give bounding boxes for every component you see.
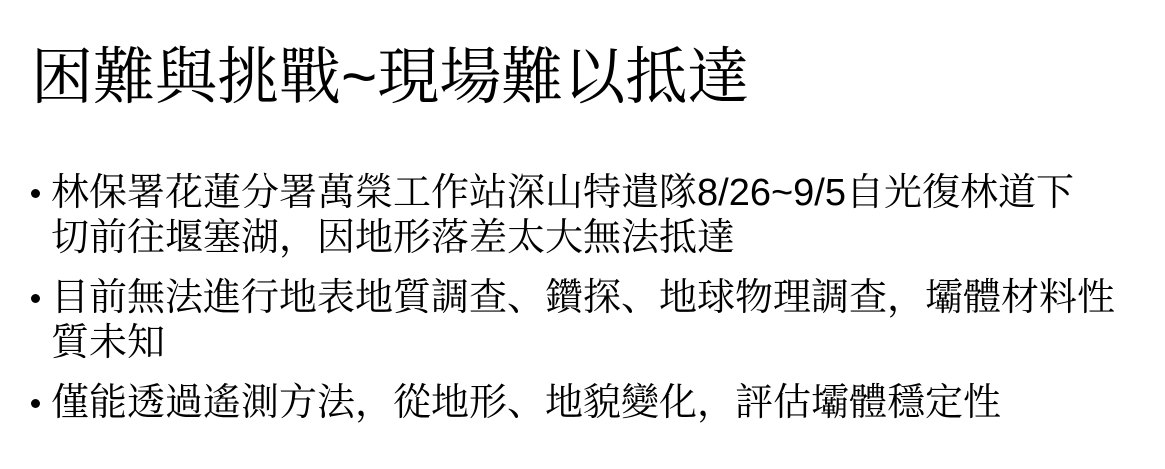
bullet-text: 目前無法進行地表地質調查、鑽探、地球物理調查，壩體材料性 質未知 <box>51 276 1136 366</box>
bullet-icon <box>31 294 40 303</box>
slide-title: 困難與挑戰~現場難以抵達 <box>31 47 749 109</box>
bullet-list: 林保署花蓮分署萬榮工作站深山特遣隊8/26~9/5自光復林道下 切前往堰塞湖，因… <box>30 171 1136 426</box>
slide: 困難與挑戰~現場難以抵達 林保署花蓮分署萬榮工作站深山特遣隊8/26~9/5自光… <box>0 0 1165 469</box>
bullet-text: 僅能透過遙測方法，從地形、地貌變化，評估壩體穩定性 <box>51 381 1136 426</box>
bullet-text: 林保署花蓮分署萬榮工作站深山特遣隊8/26~9/5自光復林道下 切前往堰塞湖，因… <box>51 171 1136 261</box>
bullet-icon <box>31 189 40 198</box>
bullet-icon <box>31 399 40 408</box>
bullet-item: 僅能透過遙測方法，從地形、地貌變化，評估壩體穩定性 <box>30 381 1136 426</box>
bullet-item: 目前無法進行地表地質調查、鑽探、地球物理調查，壩體材料性 質未知 <box>30 276 1136 366</box>
bullet-item: 林保署花蓮分署萬榮工作站深山特遣隊8/26~9/5自光復林道下 切前往堰塞湖，因… <box>30 171 1136 261</box>
